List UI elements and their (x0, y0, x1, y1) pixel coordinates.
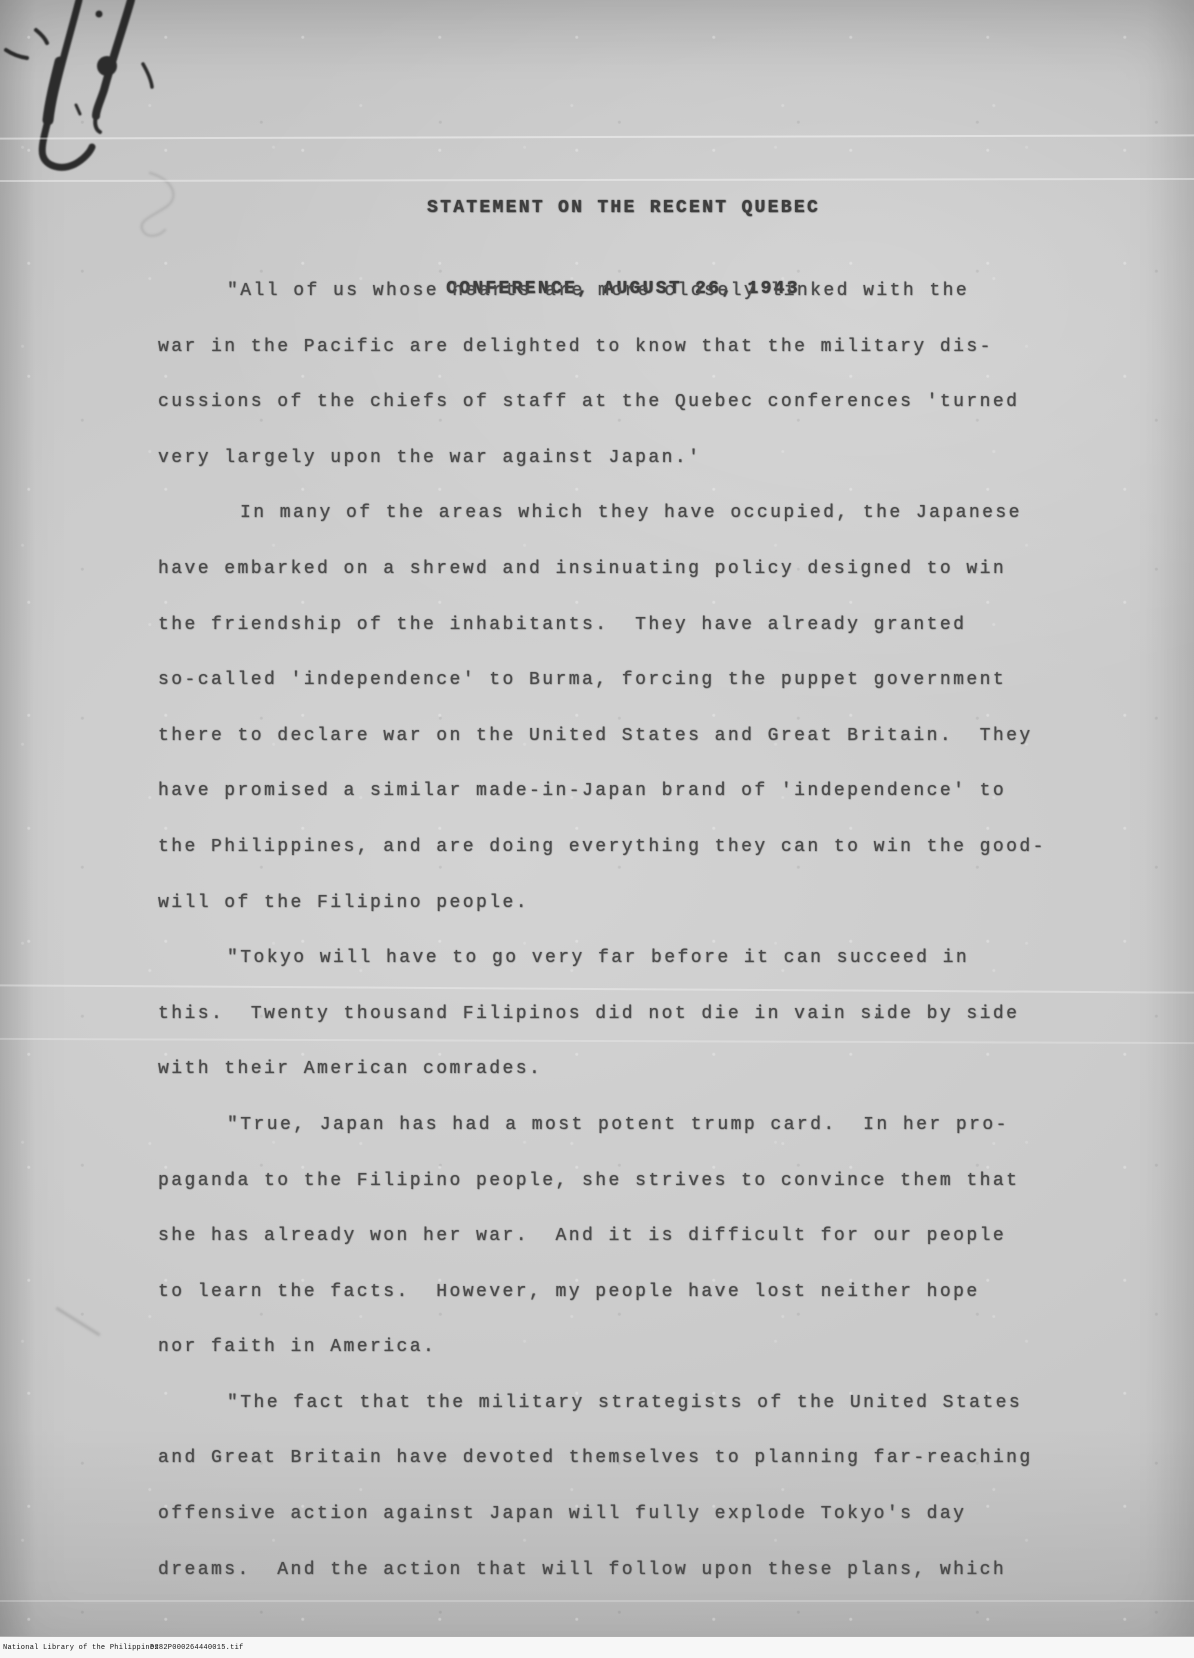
document-line: "True, Japan has had a most potent trump… (158, 1098, 1138, 1154)
document-line: nor faith in America. (158, 1320, 1138, 1376)
pencil-smudge-mark (55, 1306, 101, 1336)
document-line: there to declare war on the United State… (158, 709, 1138, 765)
document-line: this. Twenty thousand Filipinos did not … (158, 987, 1138, 1043)
document-line: the Philippines, and are doing everythin… (158, 820, 1138, 876)
document-line: have embarked on a shrewd and insinuatin… (158, 542, 1138, 598)
document-line: will of the Filipino people. (158, 876, 1138, 932)
title-line: STATEMENT ON THE RECENT QUEBEC (427, 195, 819, 222)
footer-filename-label: D282P000264440015.tif (150, 1644, 243, 1652)
stray-apostrophe-mark: ' (872, 1012, 882, 1030)
document-line: "All of us whose hearts are more closely… (158, 264, 1138, 320)
document-line: the friendship of the inhabitants. They … (158, 598, 1138, 654)
document-line: and Great Britain have devoted themselve… (158, 1431, 1138, 1487)
document-line: cussions of the chiefs of staff at the Q… (158, 375, 1138, 431)
document-line: war in the Pacific are delighted to know… (158, 320, 1138, 376)
footer-source-label: National Library of the Philippines (3, 1644, 159, 1652)
document-line: offensive action against Japan will full… (158, 1487, 1138, 1543)
document-line: with their American comrades. (158, 1042, 1138, 1098)
document-line: dreams. And the action that will follow … (158, 1543, 1138, 1599)
document-line: she has already won her war. And it is d… (158, 1209, 1138, 1265)
document-line: have promised a similar made-in-Japan br… (158, 764, 1138, 820)
scan-footer-bar: National Library of the Philippines D282… (0, 1636, 1194, 1658)
document-line: very largely upon the war against Japan.… (158, 431, 1138, 487)
document-line: "Tokyo will have to go very far before i… (158, 931, 1138, 987)
document-line: In many of the areas which they have occ… (158, 486, 1138, 542)
scanned-document-page: STATEMENT ON THE RECENT QUEBEC CONFERENC… (0, 0, 1194, 1658)
pencil-scribble-mark (0, 0, 230, 270)
document-body: "All of us whose hearts are more closely… (158, 264, 1138, 1598)
document-line: "The fact that the military strategists … (158, 1376, 1138, 1432)
document-line: so-called 'independence' to Burma, forci… (158, 653, 1138, 709)
scan-artifact-line (0, 1600, 1194, 1602)
document-line: to learn the facts. However, my people h… (158, 1265, 1138, 1321)
document-line: paganda to the Filipino people, she stri… (158, 1154, 1138, 1210)
